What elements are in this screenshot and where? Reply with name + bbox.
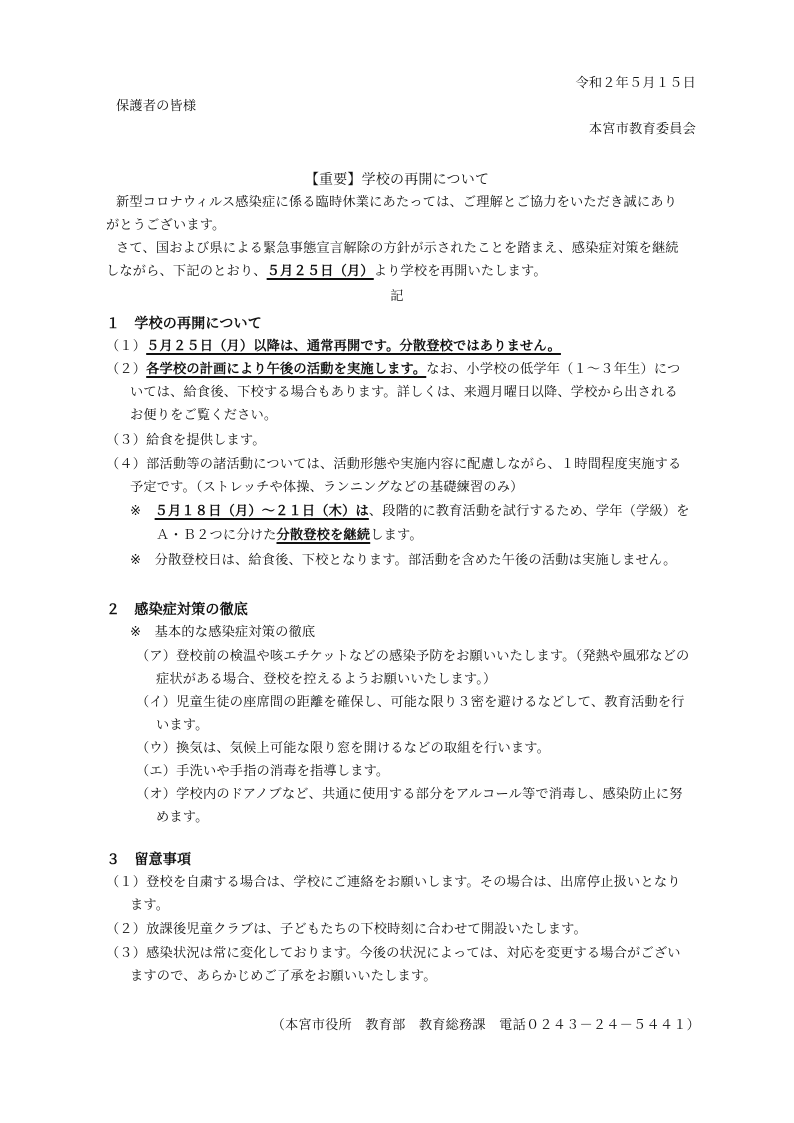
section2-item-o: （オ）学校内のドアノブなど、共通に使用する部分をアルコール等で消毒し、感染防止に… [136, 786, 683, 804]
section2-item-a: （ア）登校前の検温や咳エチケットなどの感染予防をお願いいたします。（発熱や風邪な… [136, 648, 689, 666]
note-bold-text: 分散登校を継続 [277, 528, 371, 543]
item-number: （１） [106, 339, 146, 354]
section3-item1: （１）登校を自粛する場合は、学校にご連絡をお願いします。その場合は、出席停止扱い… [106, 874, 681, 892]
note-text-c: します。 [370, 528, 423, 543]
item-number: （ウ） [136, 741, 176, 756]
document-date: 令和２年５月１５日 [576, 75, 697, 93]
item-number: （イ） [136, 695, 176, 710]
section1-note1-line2: Ａ・Ｂ２つに分けた分散登校を継続します。 [156, 527, 423, 545]
item-number: （２） [106, 362, 146, 377]
section1-note1: ※ ５月１８日（月）～２１日（木）は、段階的に教育活動を試行するため、学年（学級… [130, 503, 690, 521]
intro-p2-line2: しながら、下記のとおり、５月２５日（月）より学校を再開いたします。 [106, 263, 547, 281]
section3-item2: （２）放課後児童クラブは、子どもたちの下校時刻に合わせて開設いたします。 [106, 921, 587, 939]
item-number: （ア） [136, 649, 176, 664]
note-bold-dates: ５月１８日（月）～２１日（木）は [155, 504, 369, 519]
section2-item-u: （ウ）換気は、気候上可能な限り窓を開けるなどの取組を行います。 [136, 740, 550, 758]
intro-p2-text-c: より学校を再開いたします。 [374, 264, 547, 279]
note-text: 分散登校日は、給食後、下校となります。部活動を含めた午後の活動は実施しません。 [155, 553, 677, 568]
section1-item3: （３）給食を提供します。 [106, 432, 266, 450]
item-text: 学校内のドアノブなど、共通に使用する部分をアルコール等で消毒し、感染防止に努 [176, 787, 682, 802]
item-text: 手洗いや手指の消毒を指導します。 [176, 764, 389, 779]
contact-info: （本宮市役所 教育部 教育総務課 電話０２４３－２４－５４４１） [272, 1017, 700, 1035]
item-number: （１） [106, 875, 146, 890]
item-number: （エ） [136, 764, 176, 779]
intro-p1-line2: がとうございます。 [106, 217, 225, 235]
item-text: ５月２５日（月）以降は、通常再開です。分散登校ではありません。 [146, 339, 561, 354]
intro-p2-text-a: しながら、下記のとおり、 [106, 264, 267, 279]
section2-heading: ２ 感染症対策の徹底 [106, 601, 248, 619]
item-number: （３） [106, 433, 146, 448]
item-text: 給食を提供します。 [146, 433, 265, 448]
section2-note: ※ 基本的な感染症対策の徹底 [130, 624, 315, 642]
item-number: （オ） [136, 787, 176, 802]
section2-item-a-line2: 症状がある場合、登校を控えるようお願いいたします。） [156, 671, 496, 689]
intro-p2-line1: さて、国および県による緊急事態宣言解除の方針が示されたことを踏まえ、感染症対策を… [116, 240, 679, 258]
note-mark: ※ [130, 504, 141, 519]
intro-p1-line1: 新型コロナウィルス感染症に係る臨時休業にあたっては、ご理解とご協力をいただき誠に… [116, 194, 677, 212]
section2-item-o-line2: めます。 [156, 809, 209, 827]
item-number: （３） [106, 946, 146, 961]
item-text: 登校前の検温や咳エチケットなどの感染予防をお願いいたします。（発熱や風邪などの [176, 649, 689, 664]
item-text: 登校を自粛する場合は、学校にご連絡をお願いします。その場合は、出席停止扱いとなり [146, 875, 680, 890]
section1-heading: １ 学校の再開について [106, 315, 262, 333]
document-title: 【重要】学校の再開について [0, 171, 794, 189]
item-number: （２） [106, 922, 146, 937]
item-text: 放課後児童クラブは、子どもたちの下校時刻に合わせて開設いたします。 [146, 922, 587, 937]
note-text: 、段階的に教育活動を試行するため、学年（学級）を [369, 504, 690, 519]
recipient: 保護者の皆様 [116, 98, 196, 116]
section1-item1: （１）５月２５日（月）以降は、通常再開です。分散登校ではありません。 [106, 338, 561, 356]
section1-item2: （２）各学校の計画により午後の活動を実施します。なお、小学校の低学年（１～３年生… [106, 361, 680, 379]
section1-note2: ※ 分散登校日は、給食後、下校となります。部活動を含めた午後の活動は実施しません… [130, 552, 677, 570]
section1-item4: （４）部活動等の諸活動については、活動形態や実施内容に配慮しながら、１時間程度実… [106, 456, 681, 474]
section3-item3: （３）感染状況は常に変化しております。今後の状況によっては、対応を変更する場合が… [106, 945, 681, 963]
section2-item-i-line2: います。 [156, 717, 209, 735]
item-text: 感染状況は常に変化しております。今後の状況によっては、対応を変更する場合がござい [146, 946, 680, 961]
note-mark: ※ [130, 625, 141, 640]
item-text: 児童生徒の座席間の距離を確保し、可能な限り３密を避けるなどして、教育活動を行 [176, 695, 684, 710]
section3-item3-line2: ますので、あらかじめご了承をお願いいたします。 [130, 968, 437, 986]
note-text: 基本的な感染症対策の徹底 [155, 625, 316, 640]
section1-item2-line3: お便りをご覧ください。 [130, 407, 277, 425]
ki-mark: 記 [0, 288, 794, 306]
item-text: 換気は、気候上可能な限り窓を開けるなどの取組を行います。 [176, 741, 550, 756]
note-mark: ※ [130, 553, 141, 568]
item-number: （４） [106, 457, 146, 472]
section1-item2-line2: いては、給食後、下校する場合もあります。詳しくは、来週月曜日以降、学校から出され… [130, 384, 678, 402]
item-bold-text: 各学校の計画により午後の活動を実施します。 [146, 362, 426, 377]
section2-item-e: （エ）手洗いや手指の消毒を指導します。 [136, 763, 389, 781]
section1-item4-line2: 予定です。（ストレッチや体操、ランニングなどの基礎練習のみ） [130, 479, 524, 497]
section3-item1-line2: ます。 [130, 897, 169, 915]
sender: 本宮市教育委員会 [589, 121, 696, 139]
item-text: 部活動等の諸活動については、活動形態や実施内容に配慮しながら、１時間程度実施する [146, 457, 681, 472]
item-text: なお、小学校の低学年（１～３年生）につ [426, 362, 680, 377]
note-text-a: Ａ・Ｂ２つに分けた [156, 528, 277, 543]
reopen-date: ５月２５日（月） [267, 264, 374, 279]
section3-heading: ３ 留意事項 [106, 851, 191, 869]
section2-item-i: （イ）児童生徒の座席間の距離を確保し、可能な限り３密を避けるなどして、教育活動を… [136, 694, 685, 712]
